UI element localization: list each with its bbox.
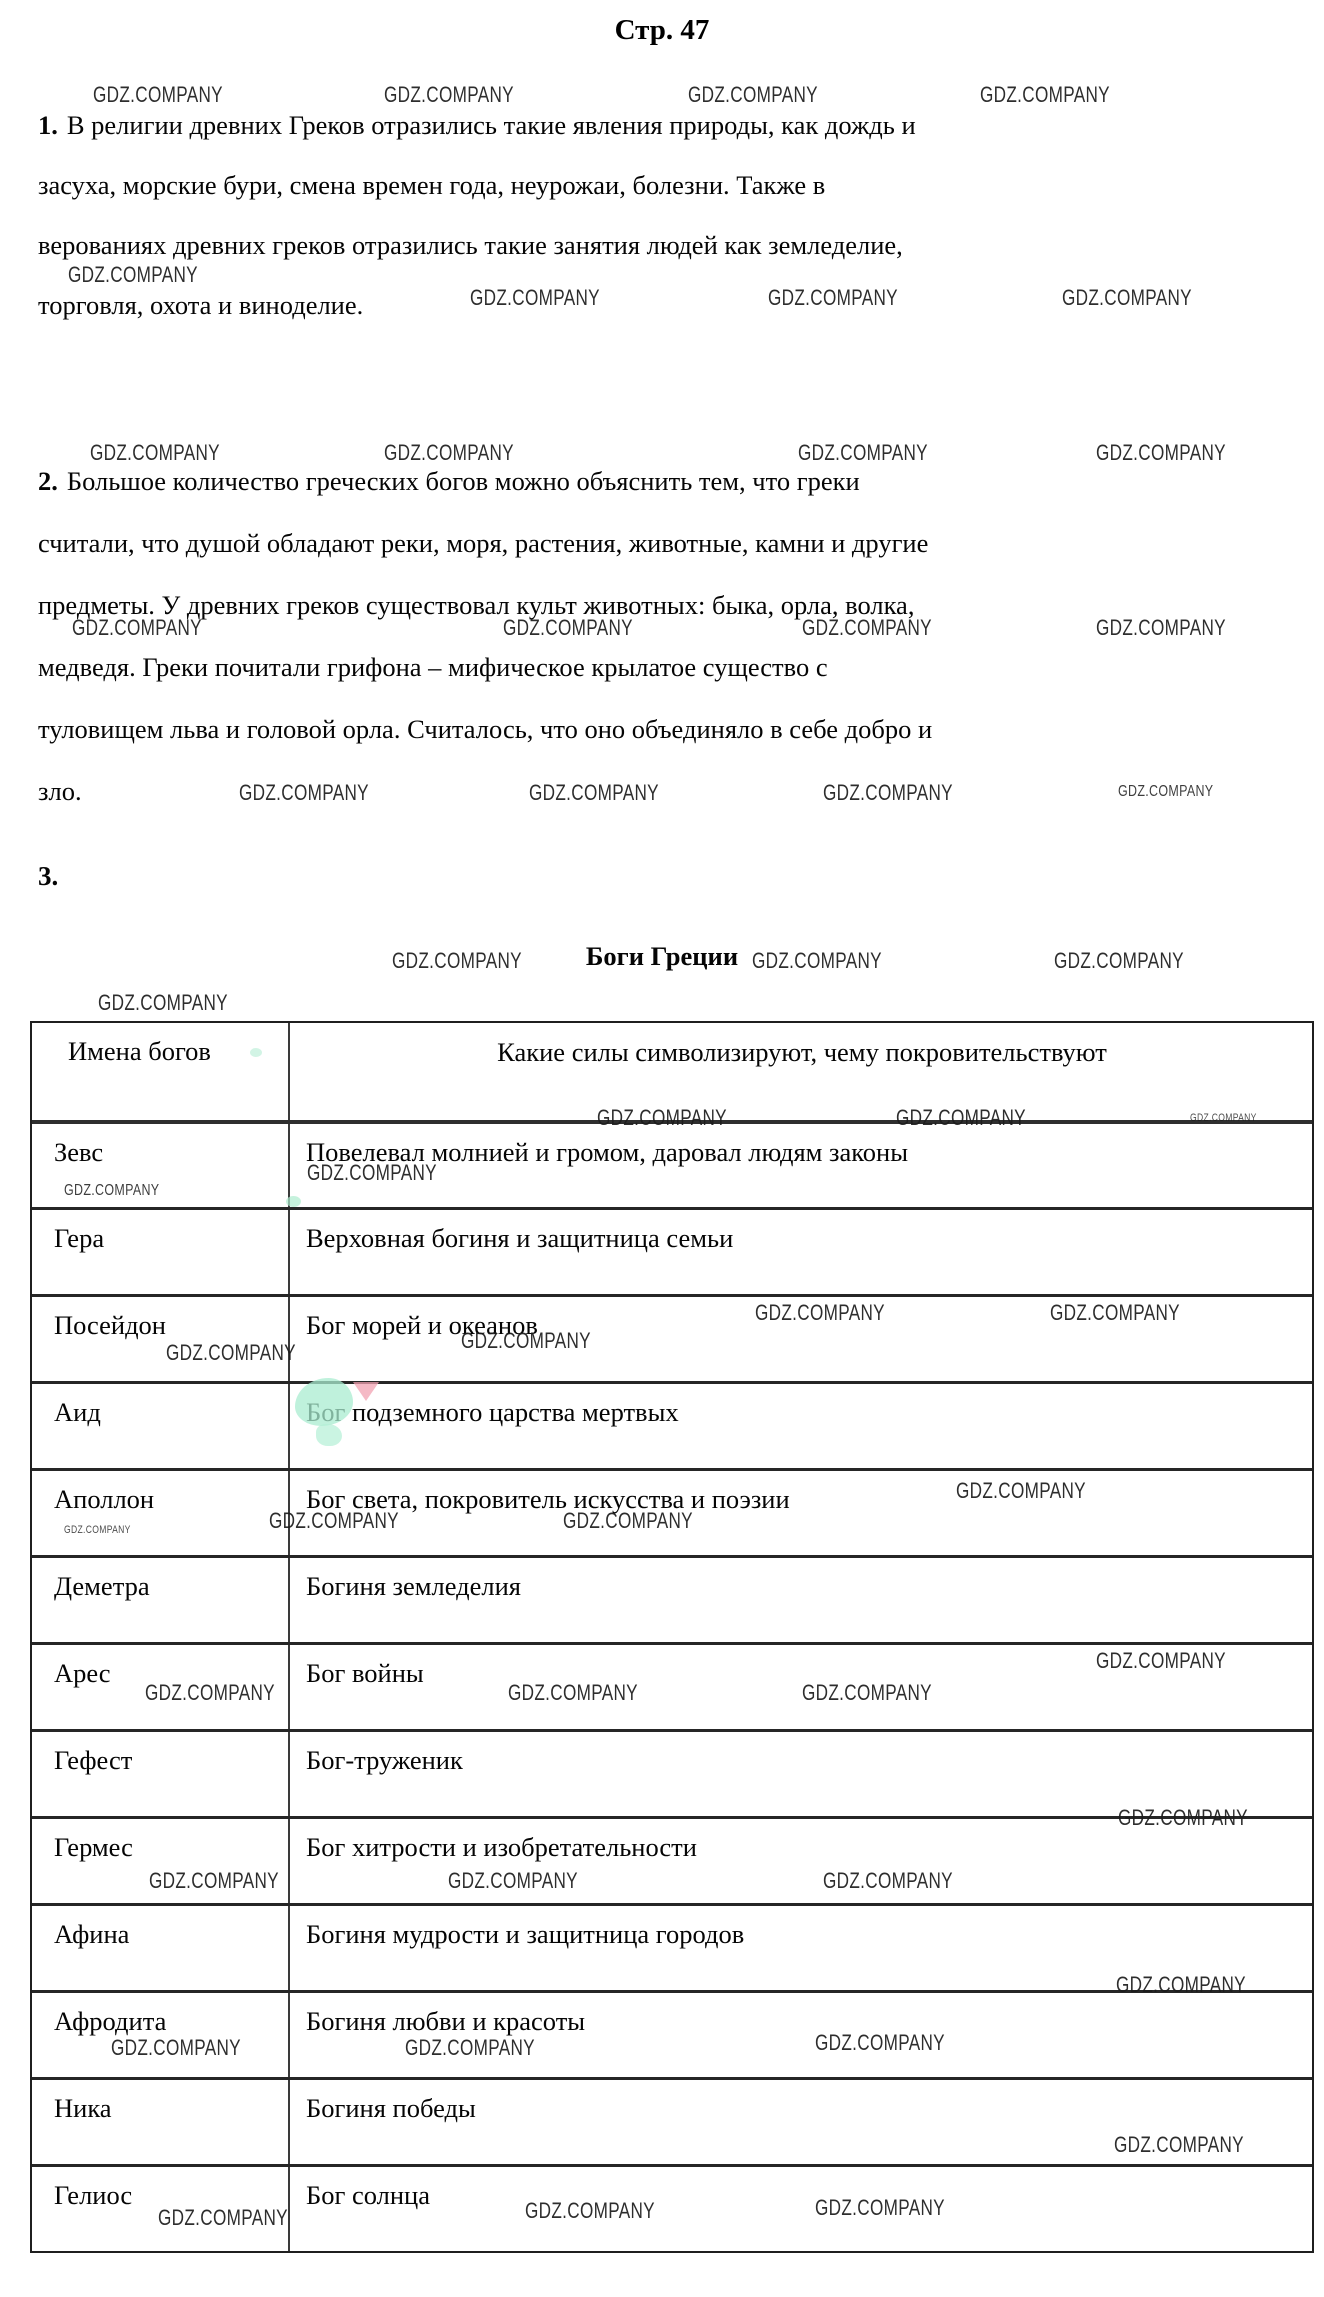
answer-1-text: 1.В религии древних Греков отразились та…	[38, 95, 1238, 335]
watermark-text: GDZ.COMPANY	[525, 2198, 655, 2224]
watermark-text: GDZ.COMPANY	[815, 2030, 945, 2056]
watermark-text: GDZ.COMPANY	[752, 948, 882, 974]
document-page: Стр. 47 1.В религии древних Греков отраз…	[0, 0, 1324, 2297]
god-desc-cell: Бог хитрости и изобретательности	[290, 1819, 1312, 1903]
watermark-text: GDZ.COMPANY	[64, 1524, 131, 1536]
watermark-text: GDZ.COMPANY	[1118, 1805, 1248, 1831]
watermark-text: GDZ.COMPANY	[98, 990, 228, 1016]
answer-2: 2.Большое количество греческих богов мож…	[38, 450, 1238, 822]
watermark-text: GDZ.COMPANY	[1062, 285, 1192, 311]
watermark-text: GDZ.COMPANY	[145, 1680, 275, 1706]
answer-2-text: 2.Большое количество греческих богов мож…	[38, 450, 1238, 822]
god-desc-cell: Верховная богиня и защитница семьи	[290, 1210, 1312, 1294]
page-title: Стр. 47	[0, 14, 1324, 47]
watermark-text: GDZ.COMPANY	[755, 1300, 885, 1326]
watermark-text: GDZ.COMPANY	[688, 82, 818, 108]
answer-3-number: 3.	[38, 856, 1238, 896]
logo-mint-dot	[286, 1196, 301, 1207]
watermark-text: GDZ.COMPANY	[90, 440, 220, 466]
gdz-logo-blob-tail	[316, 1424, 342, 1446]
watermark-text: GDZ.COMPANY	[166, 1340, 296, 1366]
watermark-text: GDZ.COMPANY	[980, 82, 1110, 108]
watermark-text: GDZ.COMPANY	[802, 1680, 932, 1706]
table-row: Гера Верховная богиня и защитница семьи	[32, 1207, 1312, 1294]
watermark-text: GDZ.COMPANY	[956, 1478, 1086, 1504]
watermark-text: GDZ.COMPANY	[1118, 783, 1213, 801]
god-name-cell: Деметра	[32, 1558, 290, 1642]
table-row: Зевс Повелевал молнией и громом, даровал…	[32, 1120, 1312, 1207]
god-desc-cell: Бог солнца	[290, 2167, 1312, 2251]
watermark-text: GDZ.COMPANY	[823, 1868, 953, 1894]
table-row: Гефест Бог-труженик	[32, 1729, 1312, 1816]
watermark-text: GDZ.COMPANY	[508, 1680, 638, 1706]
watermark-text: GDZ.COMPANY	[448, 1868, 578, 1894]
god-desc-cell: Бог подземного царства мертвых	[290, 1384, 1312, 1468]
answer-1: 1.В религии древних Греков отразились та…	[38, 95, 1238, 335]
watermark-text: GDZ.COMPANY	[239, 780, 369, 806]
watermark-text: GDZ.COMPANY	[1116, 1972, 1246, 1998]
god-name-cell: Афина	[32, 1906, 290, 1990]
answer-2-number: 2.	[38, 466, 58, 496]
table-row: Деметра Богиня земледелия	[32, 1555, 1312, 1642]
watermark-text: GDZ.COMPANY	[1190, 1112, 1257, 1124]
god-name-cell: Гера	[32, 1210, 290, 1294]
watermark-text: GDZ.COMPANY	[1096, 615, 1226, 641]
watermark-text: GDZ.COMPANY	[802, 615, 932, 641]
watermark-text: GDZ.COMPANY	[896, 1105, 1026, 1131]
watermark-text: GDZ.COMPANY	[798, 440, 928, 466]
gods-table: Имена богов Какие силы символизируют, че…	[30, 1021, 1314, 2253]
god-name-cell: Аполлон	[32, 1471, 290, 1555]
god-desc-cell: Повелевал молнией и громом, даровал людя…	[290, 1124, 1312, 1207]
watermark-text: GDZ.COMPANY	[111, 2035, 241, 2061]
god-name-cell: Гефест	[32, 1732, 290, 1816]
god-name-cell: Ника	[32, 2080, 290, 2164]
watermark-text: GDZ.COMPANY	[1096, 1648, 1226, 1674]
watermark-text: GDZ.COMPANY	[72, 615, 202, 641]
watermark-text: GDZ.COMPANY	[405, 2035, 535, 2061]
watermark-text: GDZ.COMPANY	[768, 285, 898, 311]
answer-3: 3.	[38, 856, 1238, 896]
god-desc-cell: Богиня земледелия	[290, 1558, 1312, 1642]
gdz-logo-triangle	[353, 1382, 379, 1401]
watermark-text: GDZ.COMPANY	[470, 285, 600, 311]
header-gods-powers: Какие силы символизируют, чему покровите…	[290, 1023, 1312, 1120]
god-desc-cell: Бог света, покровитель искусства и поэзи…	[290, 1471, 1312, 1555]
watermark-text: GDZ.COMPANY	[823, 780, 953, 806]
watermark-text: GDZ.COMPANY	[149, 1868, 279, 1894]
header-gods-names: Имена богов	[32, 1023, 290, 1120]
god-name-cell: Аид	[32, 1384, 290, 1468]
watermark-text: GDZ.COMPANY	[307, 1160, 437, 1186]
god-desc-cell: Бог-труженик	[290, 1732, 1312, 1816]
watermark-text: GDZ.COMPANY	[64, 1182, 159, 1200]
table-row: Аид Бог подземного царства мертвых	[32, 1381, 1312, 1468]
logo-mint-dot	[250, 1048, 262, 1057]
watermark-text: GDZ.COMPANY	[1114, 2132, 1244, 2158]
watermark-text: GDZ.COMPANY	[384, 440, 514, 466]
watermark-text: GDZ.COMPANY	[93, 82, 223, 108]
answer-1-number: 1.	[38, 110, 58, 140]
watermark-text: GDZ.COMPANY	[563, 1508, 693, 1534]
watermark-text: GDZ.COMPANY	[461, 1328, 591, 1354]
watermark-text: GDZ.COMPANY	[503, 615, 633, 641]
watermark-text: GDZ.COMPANY	[1096, 440, 1226, 466]
watermark-text: GDZ.COMPANY	[384, 82, 514, 108]
watermark-text: GDZ.COMPANY	[392, 948, 522, 974]
god-name-cell: Посейдон	[32, 1297, 290, 1381]
watermark-text: GDZ.COMPANY	[1050, 1300, 1180, 1326]
watermark-text: GDZ.COMPANY	[529, 780, 659, 806]
watermark-text: GDZ.COMPANY	[597, 1105, 727, 1131]
watermark-text: GDZ.COMPANY	[158, 2205, 288, 2231]
watermark-text: GDZ.COMPANY	[815, 2195, 945, 2221]
table-row: Афродита Богиня любви и красоты	[32, 1990, 1312, 2077]
watermark-text: GDZ.COMPANY	[1054, 948, 1184, 974]
watermark-text: GDZ.COMPANY	[68, 262, 198, 288]
watermark-text: GDZ.COMPANY	[269, 1508, 399, 1534]
